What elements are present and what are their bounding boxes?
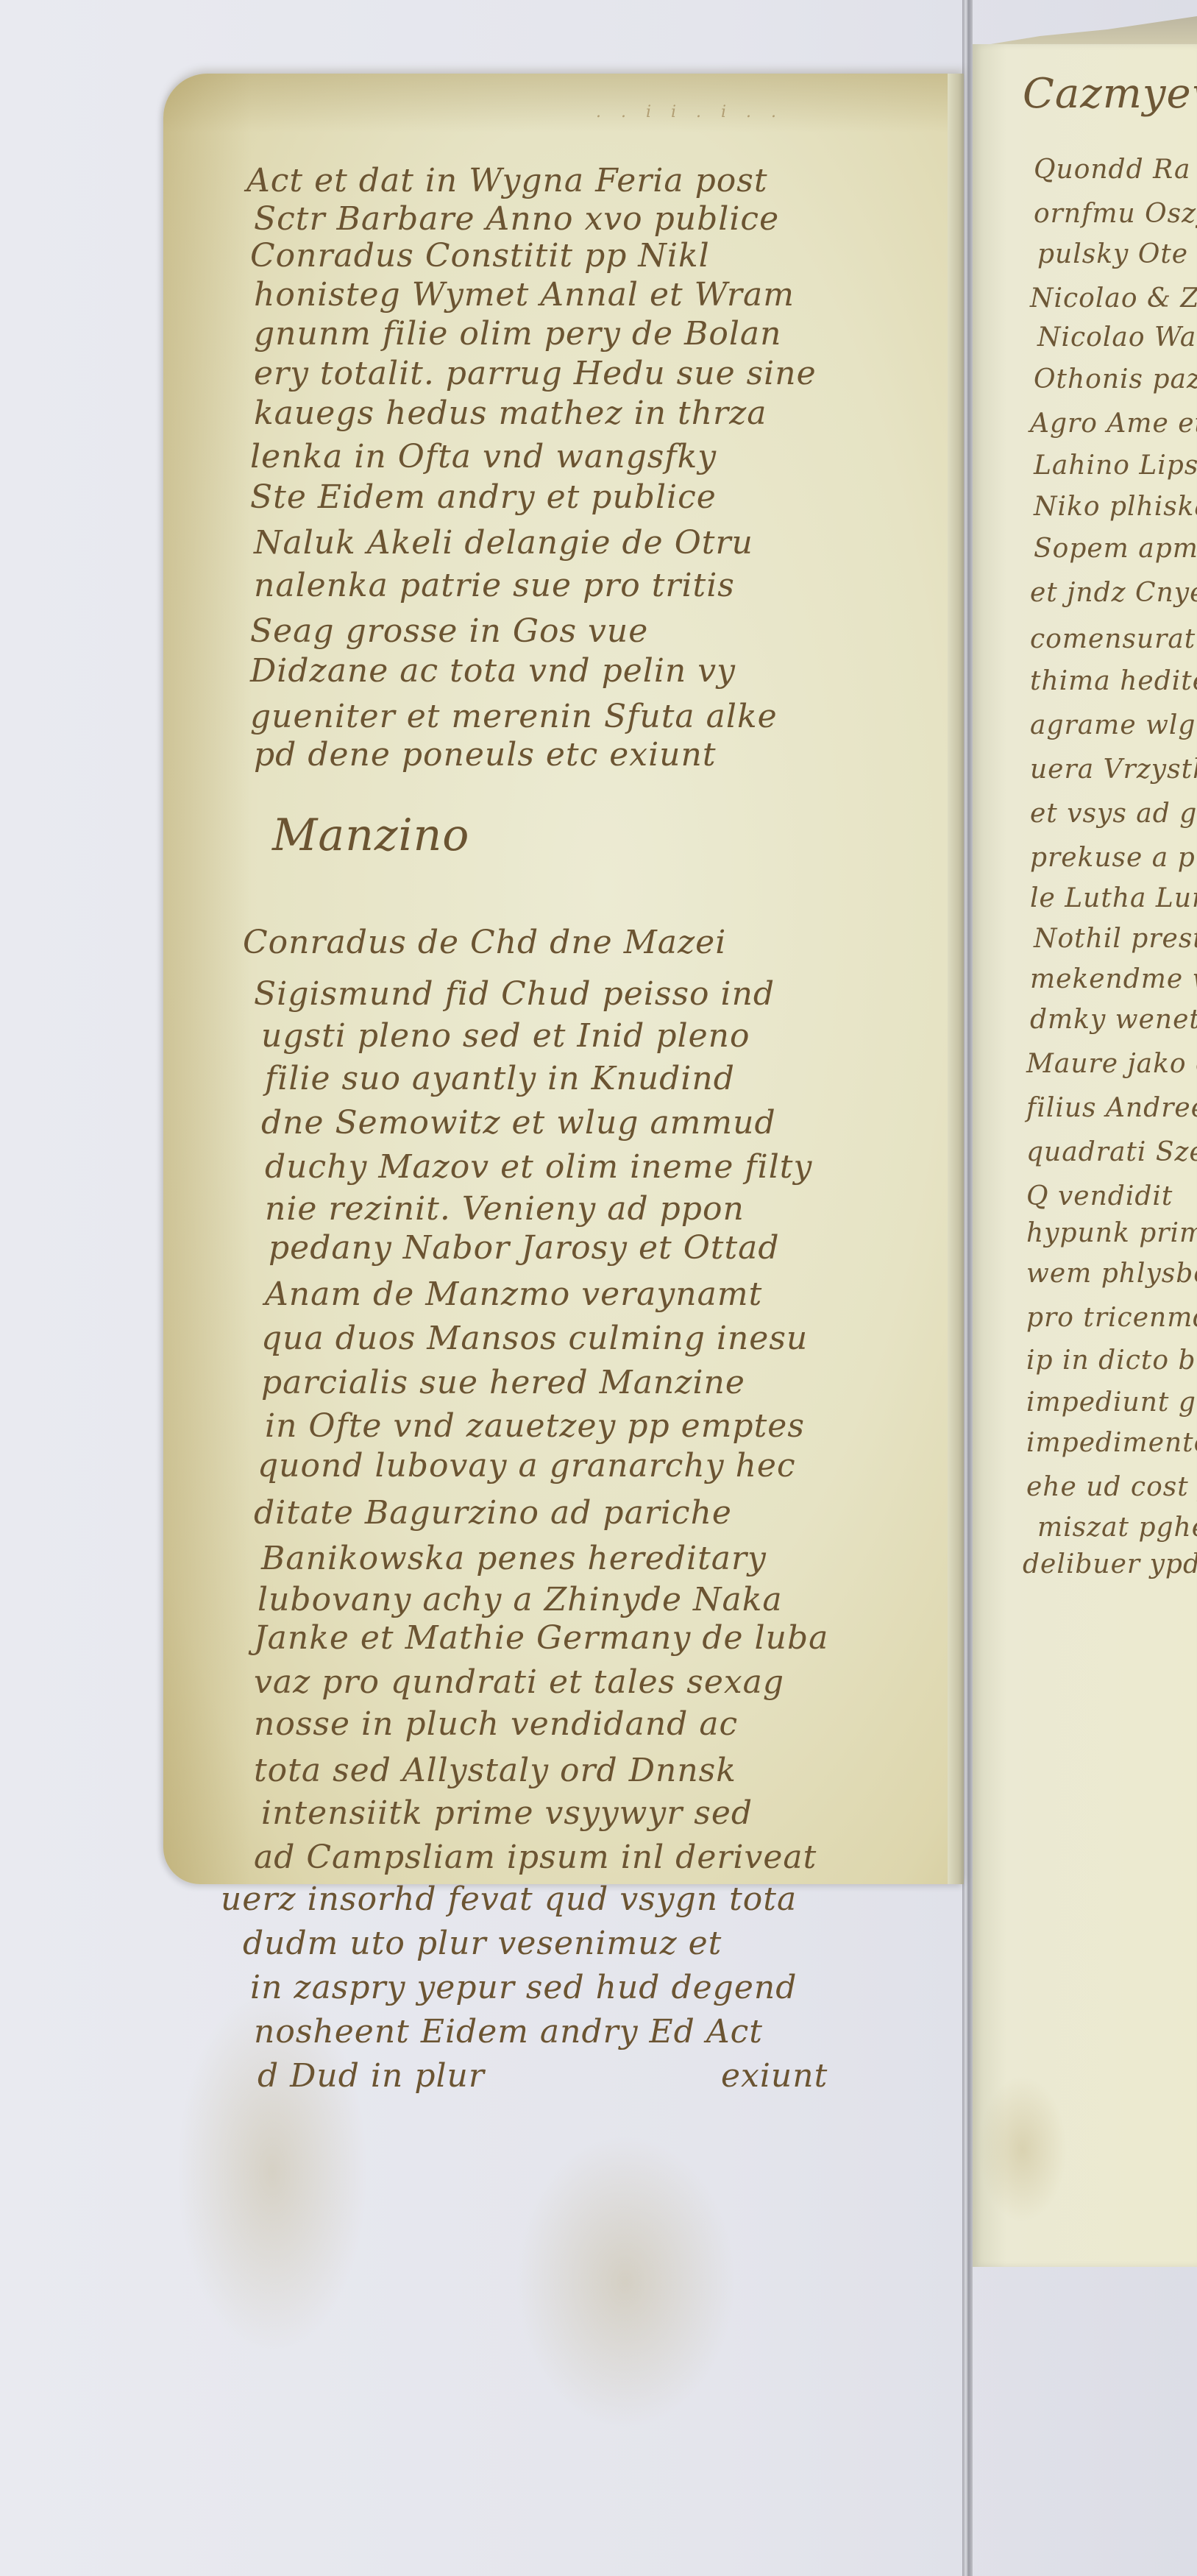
text-line: nosse in pluch vendidand ac — [254, 1705, 738, 1743]
text-line: miszat pghe — [1037, 1512, 1197, 1543]
text-line: kauegs hedus mathez in thrza — [254, 394, 767, 432]
text-line: qua duos Mansos culming inesu — [261, 1320, 808, 1357]
text-line: ugsti pleno sed et Inid pleno — [261, 1017, 750, 1055]
text-line: ehe ud cost y — [1026, 1472, 1197, 1502]
text-line: Sctr Barbare Anno xvo publice — [254, 200, 779, 238]
text-line: lenka in Ofta vnd wangsfky — [250, 438, 717, 475]
text-line: delibuer ypd af — [1023, 1549, 1197, 1579]
text-line: et vsys ad gum — [1030, 799, 1197, 829]
right-page-heading: Cazmyewo — [1023, 70, 1197, 118]
text-line: lubovany achy a Zhinyde Naka — [257, 1581, 783, 1618]
faint-marks: . . i i . i . . — [596, 103, 784, 121]
text-line: ornfmu Oszy — [1034, 199, 1197, 229]
text-line: pulsky Ote m — [1037, 239, 1197, 269]
text-line: Janke et Mathie Germany de luba — [254, 1619, 828, 1657]
text-line: filie suo ayantly in Knudind — [265, 1060, 735, 1097]
text-line: intensiitk prime vsyywyr sed — [261, 1794, 753, 1832]
text-line: in Ofte vnd zauetzey pp emptes — [265, 1407, 805, 1445]
text-line: Sopem apme m — [1034, 534, 1197, 564]
text-line: dmky wenetu — [1030, 1005, 1197, 1035]
text-line: Quondd Ra — [1034, 155, 1191, 185]
text-line: Q vendidit — [1026, 1181, 1173, 1211]
text-line: Didzane ac tota vnd pelin vy — [250, 652, 736, 690]
water-stain — [515, 2134, 736, 2429]
text-line: parcialis sue hered Manzine — [261, 1364, 745, 1401]
text-line: filius Andree — [1026, 1093, 1197, 1123]
text-line: uera Vrzysthom — [1030, 754, 1197, 785]
book-spine-gutter — [962, 0, 973, 2576]
text-line: ad Campsliam ipsum inl deriveat — [254, 1839, 817, 1876]
text-line: impedimento he — [1026, 1428, 1197, 1458]
text-line: Lahino Lipsky — [1034, 450, 1197, 481]
text-line: Banikowska penes hereditary — [261, 1540, 767, 1577]
text-line: le Lutha Lum — [1030, 883, 1197, 913]
text-line: thima hedite — [1030, 666, 1197, 696]
text-line: Othonis pazh — [1034, 364, 1197, 394]
text-line: ditate Bagurzino ad pariche — [254, 1494, 732, 1532]
text-line: Nicolao Wangsk — [1037, 322, 1197, 353]
text-line: ip in dicto bur — [1026, 1345, 1197, 1376]
text-line: dne Semowitz et wlug ammud — [261, 1104, 776, 1142]
text-line: Nicolao & Zi — [1030, 283, 1197, 314]
text-line: et jndz Cnyez — [1030, 578, 1197, 608]
text-line: Act et dat in Wygna Feria post — [246, 162, 768, 199]
exit-note: exiunt — [721, 2057, 828, 2095]
text-line: vaz pro qundrati et tales sexag — [254, 1663, 784, 1701]
text-line: quond lubovay a granarchy hec — [257, 1447, 796, 1485]
text-line: Seag grosse in Gos vue — [250, 612, 648, 650]
text-line: wem phlysbom — [1026, 1259, 1197, 1289]
text-line: pedany Nabor Jarosy et Ottad — [269, 1229, 780, 1267]
text-line: uerz insorhd fevat qud vsygn tota — [221, 1880, 797, 1918]
text-line: Nothil prest z — [1034, 924, 1197, 954]
text-line: pd dene poneuls etc exiunt — [254, 736, 717, 774]
text-line: pro tricenmd — [1026, 1303, 1197, 1333]
text-line: hypunk prim — [1026, 1218, 1197, 1248]
text-line: ery totalit. parrug Hedu sue sine — [254, 355, 817, 392]
text-line: comensuratie et — [1030, 624, 1197, 654]
text-line: quadrati Szeg — [1026, 1137, 1197, 1167]
text-line: duchy Mazov et olim ineme filty — [265, 1148, 812, 1186]
left-page-inner-edge — [948, 74, 964, 1884]
text-line: dudm uto plur vesenimuz et — [243, 1925, 722, 1962]
text-line: nie rezinit. Venieny ad ppon — [265, 1190, 745, 1228]
text-line: Conradus de Chd dne Mazei — [243, 924, 726, 961]
text-line: Anam de Manzmo veraynamt — [265, 1275, 762, 1313]
text-line: d Dud in plur — [257, 2057, 485, 2095]
text-line: impediunt gme — [1026, 1387, 1197, 1418]
text-line: Agro Ame et — [1030, 408, 1197, 439]
text-line: Niko plhiska — [1034, 492, 1197, 522]
text-line: mekendme wm — [1030, 964, 1197, 994]
text-line: Ste Eidem andry et publice — [250, 478, 717, 516]
text-line: Conradus Constitit pp Nikl — [250, 237, 710, 275]
section-heading: Manzino — [272, 810, 469, 861]
text-line: honisteg Wymet Annal et Wram — [254, 276, 795, 314]
text-line: nalenka patrie sue pro tritis — [254, 567, 735, 604]
text-line: agrame wlg — [1030, 710, 1196, 740]
text-line: Maure jako et — [1026, 1049, 1197, 1079]
text-line: in zaspry yepur sed hud degend — [250, 1969, 797, 2006]
text-line: nosheent Eidem andry Ed Act — [254, 2013, 763, 2050]
text-line: gnunm filie olim pery de Bolan — [254, 315, 782, 353]
text-line: Sigismund fid Chud peisso ind — [254, 975, 775, 1013]
text-line: prekuse a p — [1030, 843, 1196, 873]
text-line: Naluk Akeli delangie de Otru — [254, 524, 753, 562]
water-stain — [978, 2076, 1067, 2223]
text-line: tota sed Allystaly ord Dnnsk — [254, 1752, 736, 1789]
text-line: gueniter et merenin Sfuta alke — [250, 698, 778, 735]
